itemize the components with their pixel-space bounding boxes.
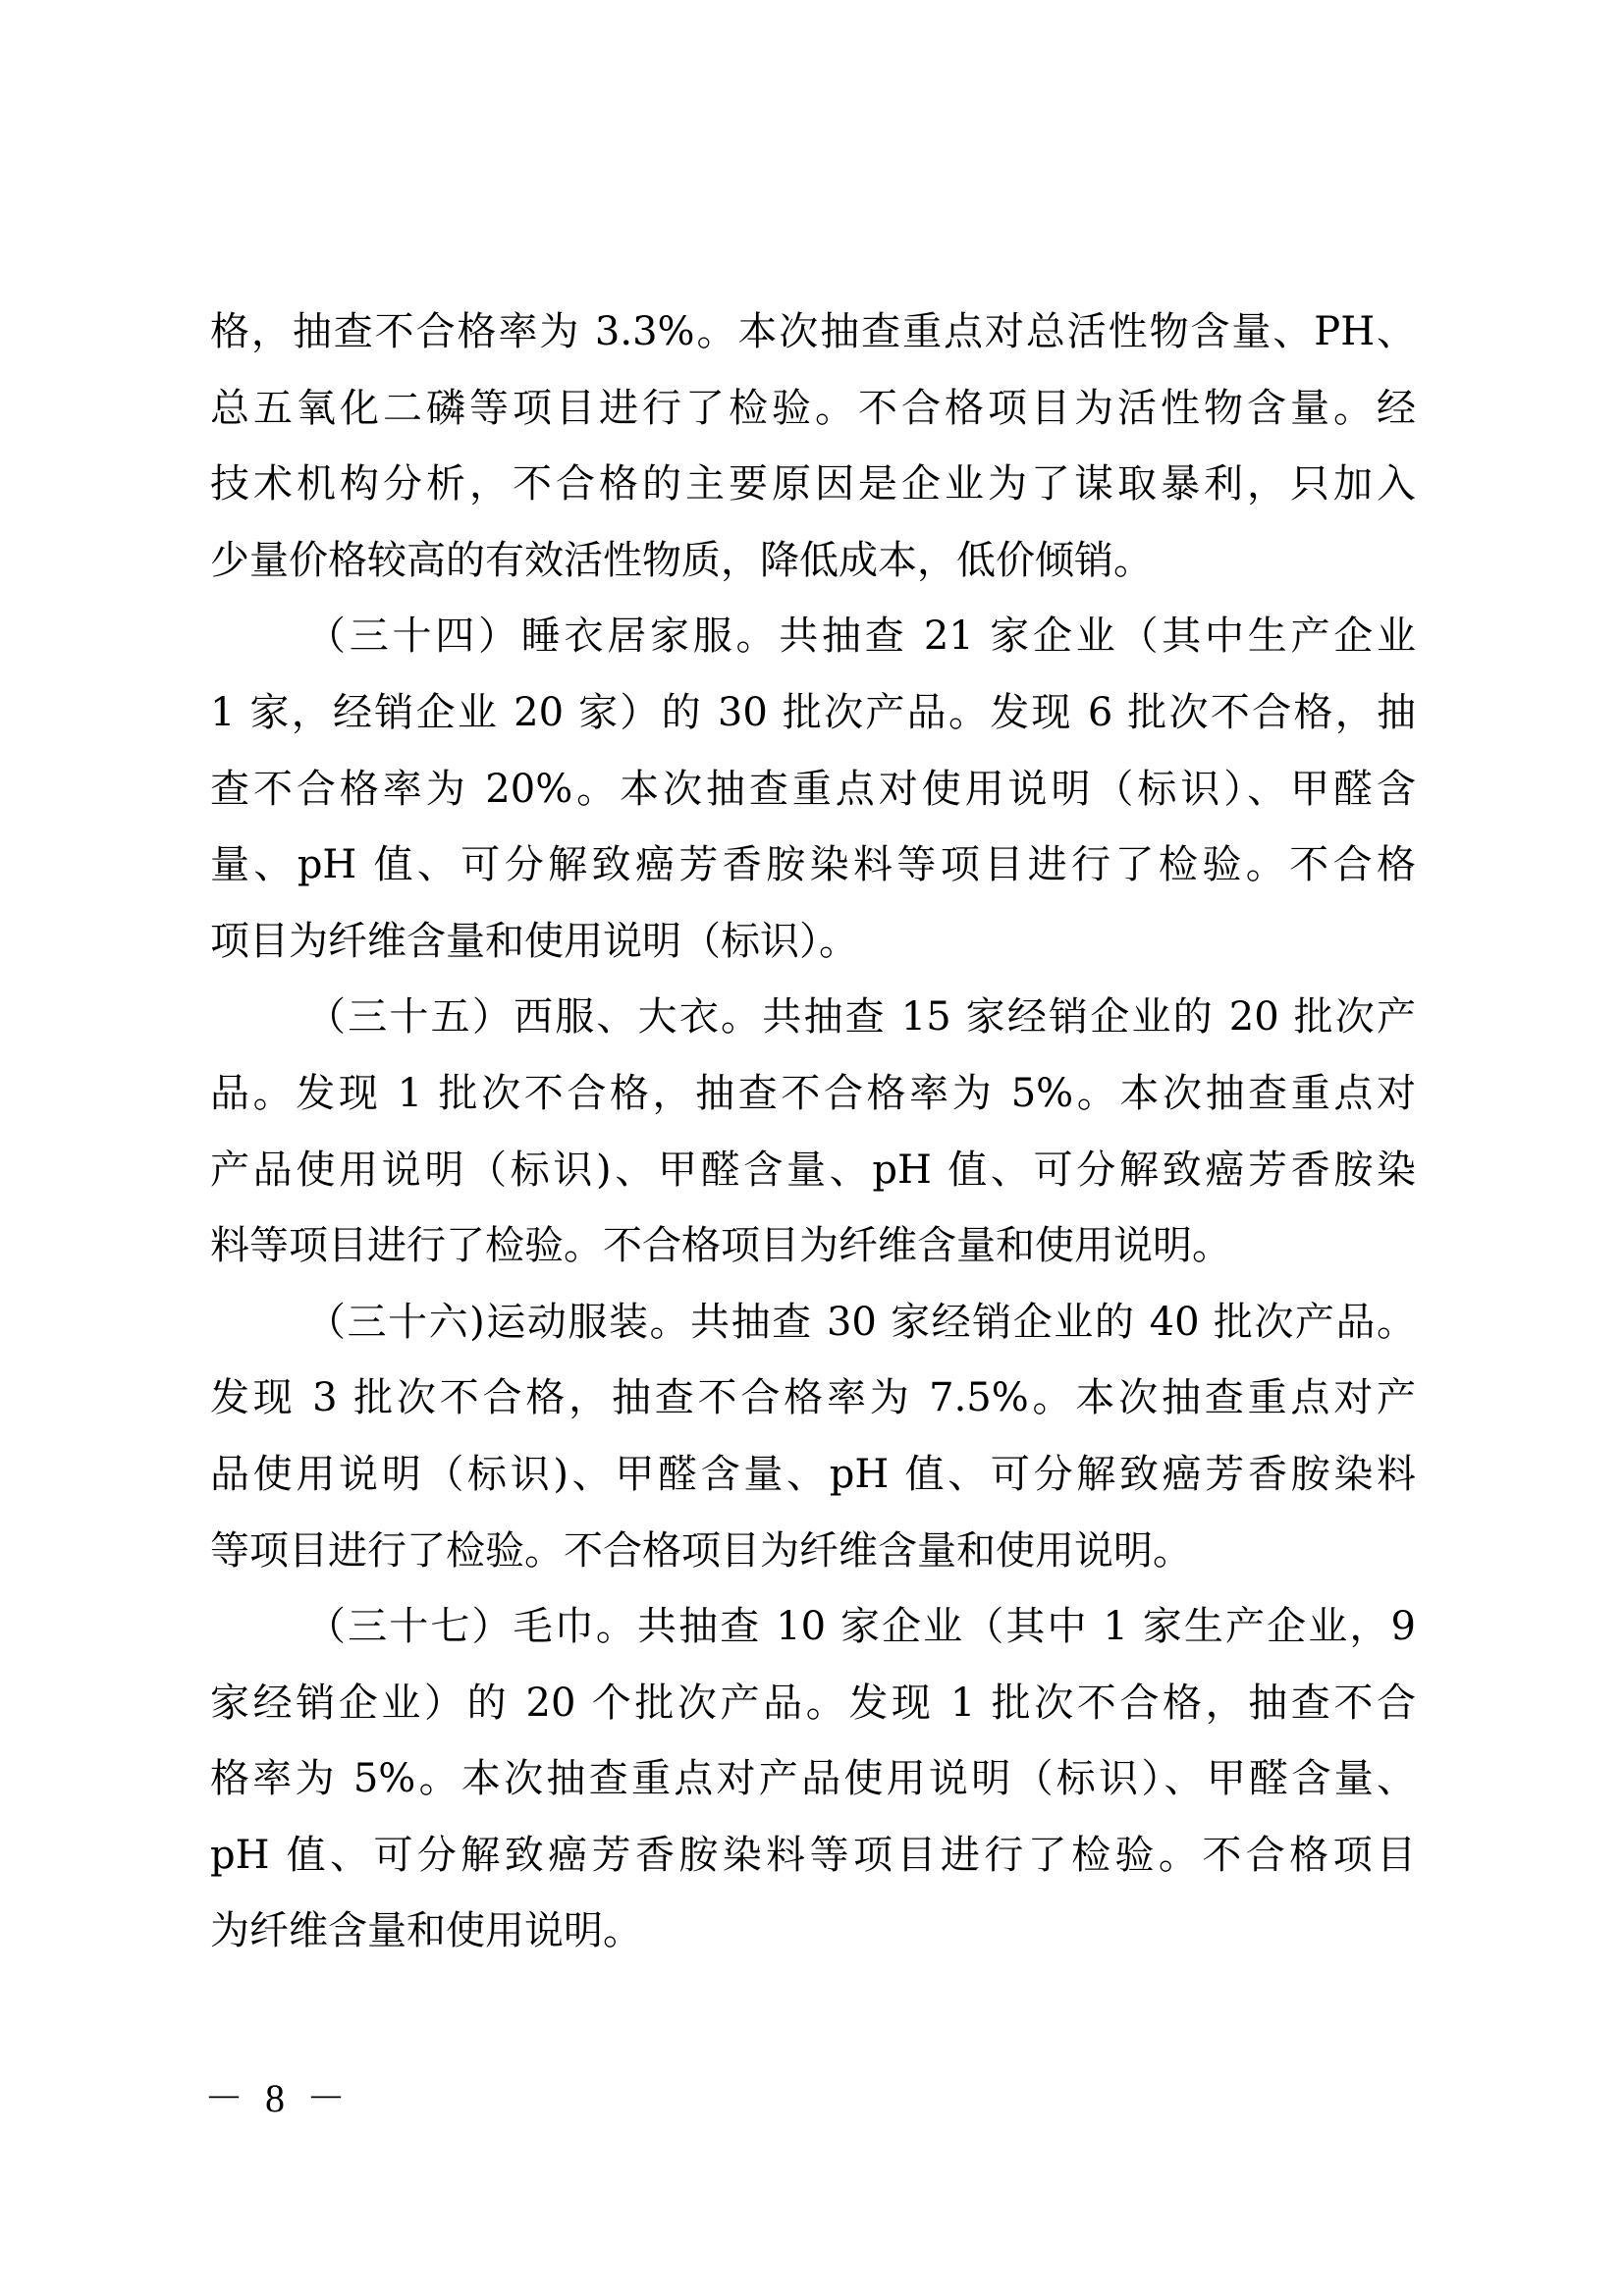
text-line: 品使用说明（标识)、甲醛含量、pH 值、可分解致癌芳香胺染料 [210,1437,1416,1514]
text-line: 产品使用说明（标识)、甲醛含量、pH 值、可分解致癌芳香胺染 [210,1133,1416,1209]
text-line: 格，抽查不合格率为 3.3%。本次抽查重点对总活性物含量、PH、 [210,294,1416,371]
text-line: 料等项目进行了检验。不合格项目为纤维含量和使用说明。 [210,1208,1416,1285]
paragraph-heading-line: （三十五）西服、大衣。共抽查 15 家经销企业的 20 批次产 [210,980,1416,1056]
paragraph-item-35-suits-coats: （三十五）西服、大衣。共抽查 15 家经销企业的 20 批次产 品。发现 1 批… [210,980,1416,1284]
text-line: 项目为纤维含量和使用说明（标识）。 [210,904,1416,981]
text-line: 1 家，经销企业 20 家）的 30 批次产品。发现 6 批次不合格，抽 [210,675,1416,752]
text-line: 量、pH 值、可分解致癌芳香胺染料等项目进行了检验。不合格 [210,828,1416,904]
text-line: 家经销企业）的 20 个批次产品。发现 1 批次不合格，抽查不合 [210,1666,1416,1742]
page-number: － 8 － [204,2077,352,2120]
text-line: 发现 3 批次不合格，抽查不合格率为 7.5%。本次抽查重点对产 [210,1361,1416,1437]
paragraph-item-34-pajamas: （三十四）睡衣居家服。共抽查 21 家企业（其中生产企业 1 家，经销企业 20… [210,599,1416,980]
text-line: 技术机构分析，不合格的主要原因是企业为了谋取暴利，只加入 [210,447,1416,523]
paragraph-item-37-towels: （三十七）毛巾。共抽查 10 家企业（其中 1 家生产企业，9 家经销企业）的 … [210,1589,1416,1970]
paragraph-item-36-sportswear: （三十六)运动服装。共抽查 30 家经销企业的 40 批次产品。 发现 3 批次… [210,1285,1416,1589]
text-line: 格率为 5%。本次抽查重点对产品使用说明（标识）、甲醛含量、 [210,1741,1416,1818]
document-body: 格，抽查不合格率为 3.3%。本次抽查重点对总活性物含量、PH、 总五氧化二磷等… [210,294,1416,1970]
paragraph-heading-line: （三十六)运动服装。共抽查 30 家经销企业的 40 批次产品。 [210,1285,1416,1362]
paragraph-continuation: 格，抽查不合格率为 3.3%。本次抽查重点对总活性物含量、PH、 总五氧化二磷等… [210,294,1416,599]
text-line: 少量价格较高的有效活性物质，降低成本，低价倾销。 [210,523,1416,600]
text-line: 总五氧化二磷等项目进行了检验。不合格项目为活性物含量。经 [210,371,1416,448]
text-line: pH 值、可分解致癌芳香胺染料等项目进行了检验。不合格项目 [210,1818,1416,1895]
paragraph-heading-line: （三十四）睡衣居家服。共抽查 21 家企业（其中生产企业 [210,599,1416,675]
text-line: 品。发现 1 批次不合格，抽查不合格率为 5%。本次抽查重点对 [210,1056,1416,1133]
paragraph-heading-line: （三十七）毛巾。共抽查 10 家企业（其中 1 家生产企业，9 [210,1589,1416,1666]
text-line: 为纤维含量和使用说明。 [210,1894,1416,1970]
text-line: 查不合格率为 20%。本次抽查重点对使用说明（标识）、甲醛含 [210,752,1416,828]
text-line: 等项目进行了检验。不合格项目为纤维含量和使用说明。 [210,1514,1416,1590]
